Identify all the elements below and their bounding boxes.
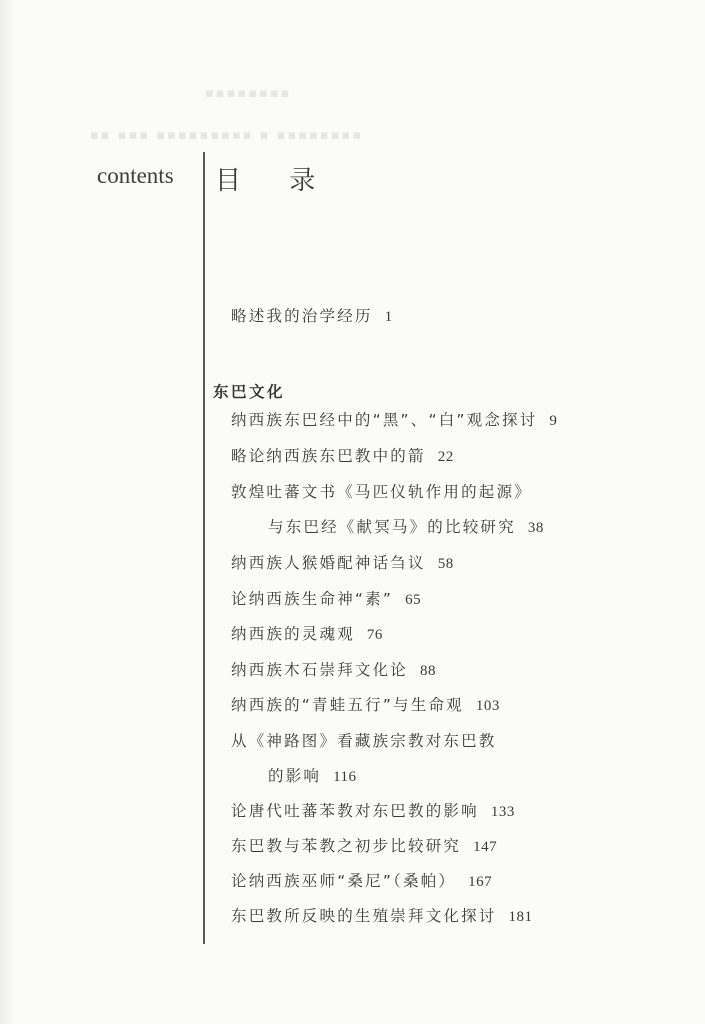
toc-entry-page-number: 133 <box>491 804 515 820</box>
toc-entry-title: 敦煌吐蕃文书《马匹仪轨作用的起源》 <box>231 483 532 501</box>
toc-entry-title-continuation: 与东巴经《献冥马》的比较研究 <box>268 518 516 536</box>
toc-entry-title: 纳西族木石崇拜文化论 <box>231 661 408 679</box>
toc-entry-title: 论唐代吐蕃苯教对东巴教的影响 <box>231 802 479 820</box>
contents-heading-chinese: 目 录 <box>215 160 335 197</box>
page-edge-shadow <box>0 0 14 1024</box>
toc-entry-continuation[interactable]: 与东巴经《献冥马》的比较研究38 <box>268 517 544 538</box>
toc-entry-title: 论纳西族生命神“素” <box>231 590 393 608</box>
toc-entry[interactable]: 从《神路图》看藏族宗教对东巴教 <box>231 731 497 751</box>
toc-entry[interactable]: 略论纳西族东巴教中的箭22 <box>231 446 454 467</box>
toc-entry-page-number: 1 <box>385 309 393 325</box>
bleed-through-text: ▪▪▪▪▪▪▪▪ <box>205 86 291 101</box>
toc-entry[interactable]: 论纳西族巫师“桑尼”（桑帕）167 <box>231 871 492 892</box>
toc-entry-page-number: 65 <box>405 592 421 608</box>
bleed-through-text: ▪▪ ▪▪▪ ▪▪▪▪▪▪▪▪▪ ▪ ▪▪▪▪▪▪▪▪ <box>90 128 363 143</box>
toc-entry-page-number: 181 <box>509 909 533 925</box>
toc-entry-title-continuation: 的影响 <box>268 767 321 785</box>
toc-entry[interactable]: 论纳西族生命神“素”65 <box>231 589 421 610</box>
toc-entry-page-number: 116 <box>333 769 356 785</box>
toc-entry[interactable]: 纳西族东巴经中的“黑”、“白”观念探讨9 <box>231 410 557 431</box>
toc-entry-title: 论纳西族巫师“桑尼”（桑帕） <box>231 872 456 890</box>
toc-entry-title: 从《神路图》看藏族宗教对东巴教 <box>231 732 497 750</box>
toc-entry-page-number: 22 <box>438 449 454 465</box>
toc-entry-continuation[interactable]: 的影响116 <box>268 766 357 787</box>
toc-entry-title: 略述我的治学经历 <box>231 307 373 325</box>
contents-heading-english: contents <box>97 163 174 189</box>
toc-entry-page-number: 103 <box>476 698 500 714</box>
toc-entry[interactable]: 东巴教与苯教之初步比较研究147 <box>231 836 497 857</box>
toc-entry-title: 纳西族的灵魂观 <box>231 625 355 643</box>
toc-entry-title: 略论纳西族东巴教中的箭 <box>231 447 426 465</box>
toc-entry-page-number: 38 <box>528 520 544 536</box>
toc-entry-title: 东巴教与苯教之初步比较研究 <box>231 837 461 855</box>
toc-entry-page-number: 88 <box>420 663 436 679</box>
toc-entry[interactable]: 东巴教所反映的生殖崇拜文化探讨181 <box>231 906 533 927</box>
toc-entry[interactable]: 纳西族人猴婚配神话刍议58 <box>231 553 454 574</box>
toc-entry-page-number: 9 <box>549 413 557 429</box>
toc-section-heading: 东巴文化 <box>213 380 285 402</box>
toc-entry-title: 纳西族人猴婚配神话刍议 <box>231 554 426 572</box>
toc-entry-intro[interactable]: 略述我的治学经历1 <box>231 306 393 327</box>
toc-entry[interactable]: 敦煌吐蕃文书《马匹仪轨作用的起源》 <box>231 482 532 502</box>
toc-entry[interactable]: 纳西族的灵魂观76 <box>231 624 383 645</box>
vertical-divider-line <box>203 152 205 944</box>
toc-entry-page-number: 167 <box>468 874 492 890</box>
toc-entry-title: 东巴教所反映的生殖崇拜文化探讨 <box>231 907 497 925</box>
toc-entry[interactable]: 论唐代吐蕃苯教对东巴教的影响133 <box>231 801 515 822</box>
toc-entry-page-number: 58 <box>438 556 454 572</box>
toc-entry[interactable]: 纳西族的“青蛙五行”与生命观103 <box>231 695 500 716</box>
toc-entry-page-number: 76 <box>367 627 383 643</box>
toc-entry[interactable]: 纳西族木石崇拜文化论88 <box>231 660 436 681</box>
toc-entry-page-number: 147 <box>473 839 497 855</box>
toc-entry-title: 纳西族东巴经中的“黑”、“白”观念探讨 <box>231 411 537 429</box>
toc-entry-title: 纳西族的“青蛙五行”与生命观 <box>231 696 464 714</box>
